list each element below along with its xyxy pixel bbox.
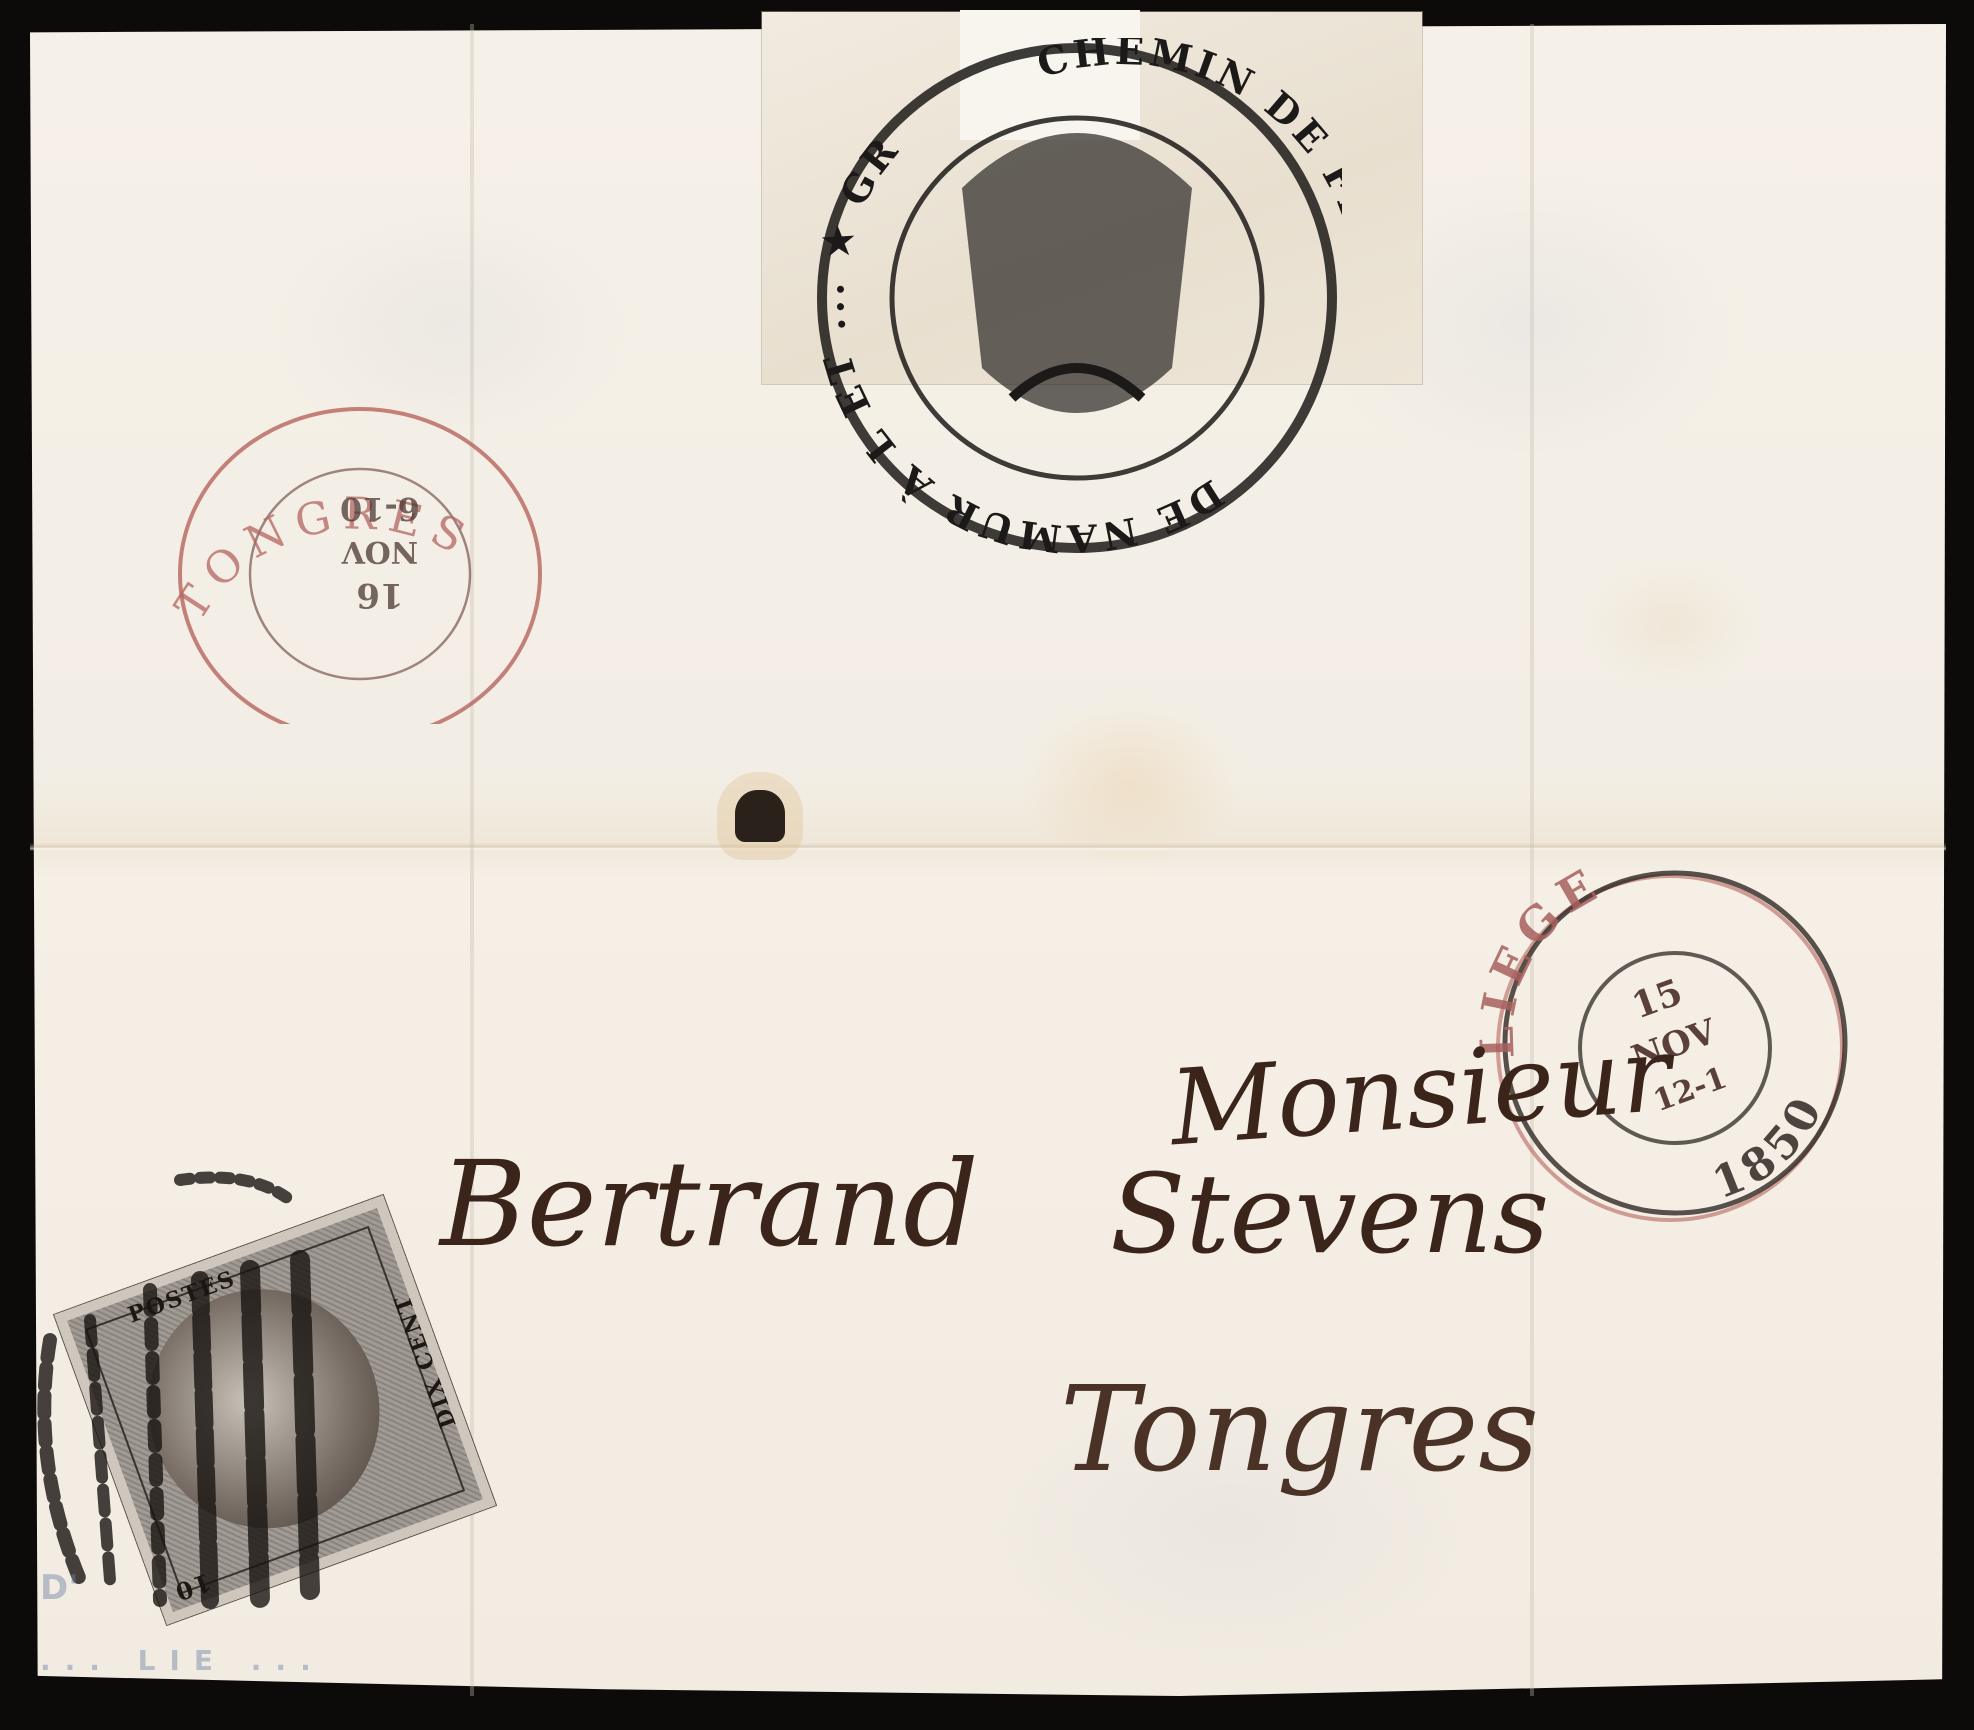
show-through-text: ... LIE ... — [40, 1644, 325, 1677]
address-first-name: Bertrand — [440, 1135, 979, 1273]
svg-text:6-10: 6-10 — [340, 490, 420, 528]
horizontal-fold — [30, 843, 1946, 851]
seal-graphic: CHEMIN DE FER DE NAMUR À LIÈGE ET ... ★ … — [812, 38, 1342, 558]
tongres-postmark: TONGRES 16 NOV 6-10 — [160, 404, 560, 724]
railway-seal: CHEMIN DE FER DE NAMUR À LIÈGE ET ... ★ … — [812, 38, 1342, 558]
address-last-name: Stevens — [1110, 1150, 1549, 1278]
svg-text:16: 16 — [356, 575, 403, 615]
svg-text:TONGRES: TONGRES — [165, 488, 481, 629]
svg-text:NOV: NOV — [341, 534, 418, 569]
tongres-postmark-graphic: TONGRES 16 NOV 6-10 — [160, 404, 560, 724]
show-through-text: D' — [40, 1568, 79, 1608]
ink-blot — [735, 790, 785, 842]
address-town: Tongres — [1060, 1360, 1539, 1498]
svg-text:1850: 1850 — [1706, 1085, 1835, 1209]
